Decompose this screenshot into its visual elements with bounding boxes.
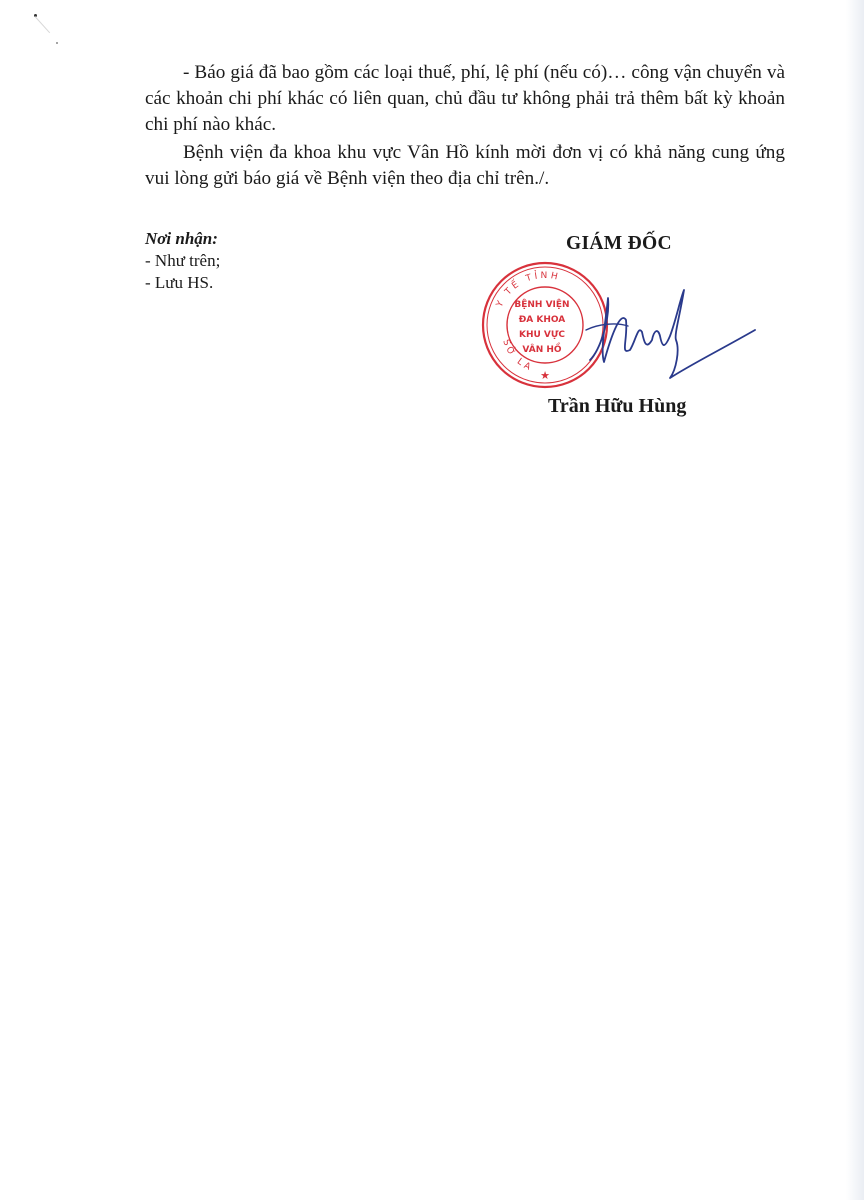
recipients-title: Nơi nhận: <box>145 228 220 250</box>
paragraph-text: - Báo giá đã bao gồm các loại thuế, phí,… <box>145 60 785 138</box>
svg-text:BỆNH VIỆN: BỆNH VIỆN <box>514 299 569 310</box>
svg-text:★: ★ <box>540 369 550 382</box>
svg-text:SỞ LA: SỞ LA <box>500 338 534 374</box>
recipient-item: - Lưu HS. <box>145 272 220 294</box>
signer-position: GIÁM ĐỐC <box>566 233 672 255</box>
signer-name: Trần Hữu Hùng <box>548 395 686 418</box>
recipient-item: - Như trên; <box>145 250 220 272</box>
paragraph-invitation: Bệnh viện đa khoa khu vực Vân Hồ kính mờ… <box>145 140 785 192</box>
svg-text:KHU VỰC: KHU VỰC <box>519 330 565 340</box>
svg-text:ĐA KHOA: ĐA KHOA <box>519 315 566 325</box>
scan-page-edge <box>846 0 864 1200</box>
svg-text:VÂN HỒ: VÂN HỒ <box>522 342 562 355</box>
paragraph-quote-terms: - Báo giá đã bao gồm các loại thuế, phí,… <box>145 60 785 138</box>
signature-block: GIÁM ĐỐC Y TẾ TỈNH SỞ LA BỆNH VIỆN ĐA KH… <box>480 230 760 430</box>
handwritten-signature-icon <box>580 280 760 390</box>
scan-artifact-line <box>35 16 50 33</box>
recipients-block: Nơi nhận: - Như trên; - Lưu HS. <box>145 228 220 294</box>
scan-artifact-dot <box>56 42 58 44</box>
paragraph-text: Bệnh viện đa khoa khu vực Vân Hồ kính mờ… <box>145 140 785 192</box>
